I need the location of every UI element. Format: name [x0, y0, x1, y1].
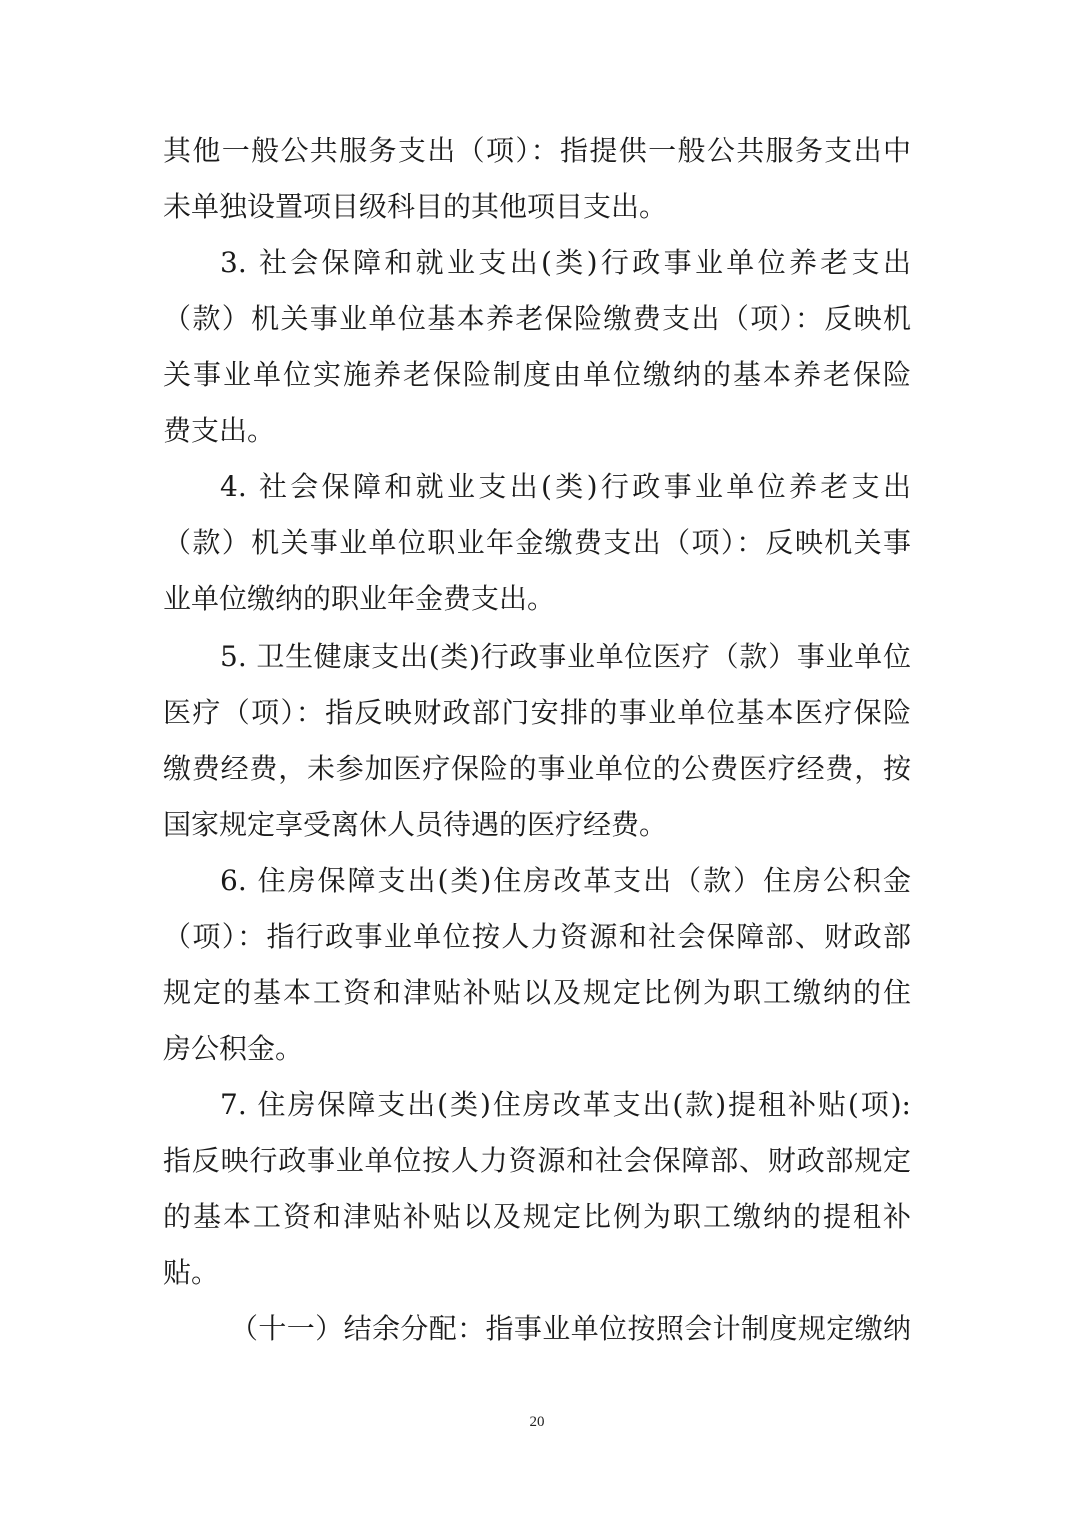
text-line: 贴。 — [163, 1253, 911, 1293]
text-line: 4. 社会保障和就业支出(类)行政事业单位养老支出 — [220, 467, 911, 507]
text-line: 关事业单位实施养老保险制度由单位缴纳的基本养老保险 — [163, 355, 911, 395]
text-line: 7. 住房保障支出(类)住房改革支出(款)提租补贴(项): — [220, 1085, 911, 1125]
text-line: 业单位缴纳的职业年金费支出。 — [163, 579, 911, 619]
text-line: 指反映行政事业单位按人力资源和社会保障部、财政部规定 — [163, 1141, 911, 1181]
text-line: 3. 社会保障和就业支出(类)行政事业单位养老支出 — [220, 243, 911, 283]
text-line: （款）机关事业单位基本养老保险缴费支出（项）：反映机 — [163, 299, 911, 339]
text-line: 规定的基本工资和津贴补贴以及规定比例为职工缴纳的住 — [163, 973, 911, 1013]
text-line: 国家规定享受离休人员待遇的医疗经费。 — [163, 805, 911, 845]
text-line: 费支出。 — [163, 411, 911, 451]
text-line: （款）机关事业单位职业年金缴费支出（项）：反映机关事 — [163, 523, 911, 563]
text-line: 未单独设置项目级科目的其他项目支出。 — [163, 187, 911, 227]
text-line: 房公积金。 — [163, 1029, 911, 1069]
text-line: （项）：指行政事业单位按人力资源和社会保障部、财政部 — [163, 917, 911, 957]
text-line: 5. 卫生健康支出(类)行政事业单位医疗（款）事业单位 — [220, 637, 911, 677]
text-line: 6. 住房保障支出(类)住房改革支出（款）住房公积金 — [220, 861, 911, 901]
text-line: 其他一般公共服务支出（项）：指提供一般公共服务支出中 — [163, 131, 911, 171]
text-line: 缴费经费，未参加医疗保险的事业单位的公费医疗经费，按 — [163, 749, 911, 789]
document-page: 其他一般公共服务支出（项）：指提供一般公共服务支出中未单独设置项目级科目的其他项… — [0, 0, 1074, 1520]
text-line: （十一）结余分配：指事业单位按照会计制度规定缴纳 — [230, 1309, 911, 1349]
page-number: 20 — [0, 1414, 1074, 1431]
text-line: 的基本工资和津贴补贴以及规定比例为职工缴纳的提租补 — [163, 1197, 911, 1237]
text-line: 医疗（项）：指反映财政部门安排的事业单位基本医疗保险 — [163, 693, 911, 733]
